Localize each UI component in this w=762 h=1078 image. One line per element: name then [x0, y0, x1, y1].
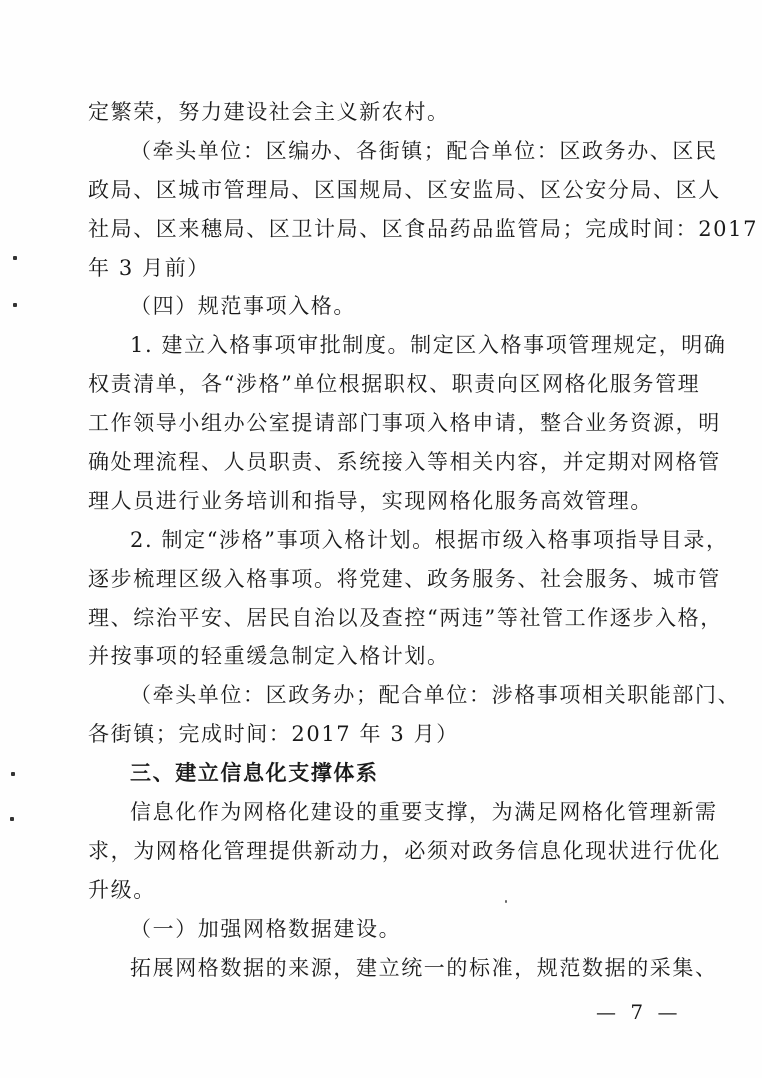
text-line: 理人员进行业务培训和指导，实现网格化服务高效管理。	[88, 482, 664, 521]
text-line: 各街镇；完成时间：2017 年 3 月）	[88, 715, 664, 754]
text-line: 逐步梳理区级入格事项。将党建、政务服务、社会服务、城市管	[88, 560, 664, 599]
text-line: 工作领导小组办公室提请部门事项入格申请，整合业务资源，明	[88, 404, 664, 443]
page-number: — 7 —	[596, 1000, 681, 1024]
document-body: 定繁荣，努力建设社会主义新农村。 （牵头单位：区编办、各街镇；配合单位：区政务办…	[88, 93, 664, 987]
text-line: 理、综治平安、居民自治以及查控“两违”等社管工作逐步入格，	[88, 599, 664, 638]
text-line-lead-unit-note: （牵头单位：区编办、各街镇；配合单位：区政务办、区民	[88, 132, 664, 171]
text-line-item-2: 2. 制定“涉格”事项入格计划。根据市级入格事项指导目录，	[88, 521, 664, 560]
text-line: 社局、区来穗局、区卫计局、区食品药品监管局；完成时间：2017	[88, 210, 664, 249]
subsection-heading: （一）加强网格数据建设。	[88, 910, 664, 949]
text-line: 并按事项的轻重缓急制定入格计划。	[88, 637, 664, 676]
text-line: 年 3 月前）	[88, 249, 664, 288]
text-line: 权责清单，各“涉格”单位根据职权、职责向区网格化服务管理	[88, 365, 664, 404]
subsection-heading: （四）规范事项入格。	[88, 287, 664, 326]
text-line-lead-unit-note: （牵头单位：区政务办；配合单位：涉格事项相关职能部门、	[88, 676, 664, 715]
binding-hole-mark	[11, 772, 15, 776]
document-page: 定繁荣，努力建设社会主义新农村。 （牵头单位：区编办、各街镇；配合单位：区政务办…	[0, 0, 762, 1078]
binding-hole-mark	[13, 256, 17, 260]
text-line: 拓展网格数据的来源，建立统一的标准，规范数据的采集、	[88, 949, 664, 988]
text-line: 定繁荣，努力建设社会主义新农村。	[88, 93, 664, 132]
section-heading: 三、建立信息化支撑体系	[88, 754, 664, 793]
text-line-item-1: 1. 建立入格事项审批制度。制定区入格事项管理规定，明确	[88, 326, 664, 365]
text-line: 求，为网格化管理提供新动力，必须对政务信息化现状进行优化	[88, 832, 664, 871]
binding-hole-mark	[13, 303, 17, 307]
text-line: 信息化作为网格化建设的重要支撑，为满足网格化管理新需	[88, 793, 664, 832]
binding-hole-mark	[10, 817, 14, 821]
text-line: 政局、区城市管理局、区国规局、区安监局、区公安分局、区人	[88, 171, 664, 210]
text-line: 升级。	[88, 871, 664, 910]
text-line: 确处理流程、人员职责、系统接入等相关内容，并定期对网格管	[88, 443, 664, 482]
